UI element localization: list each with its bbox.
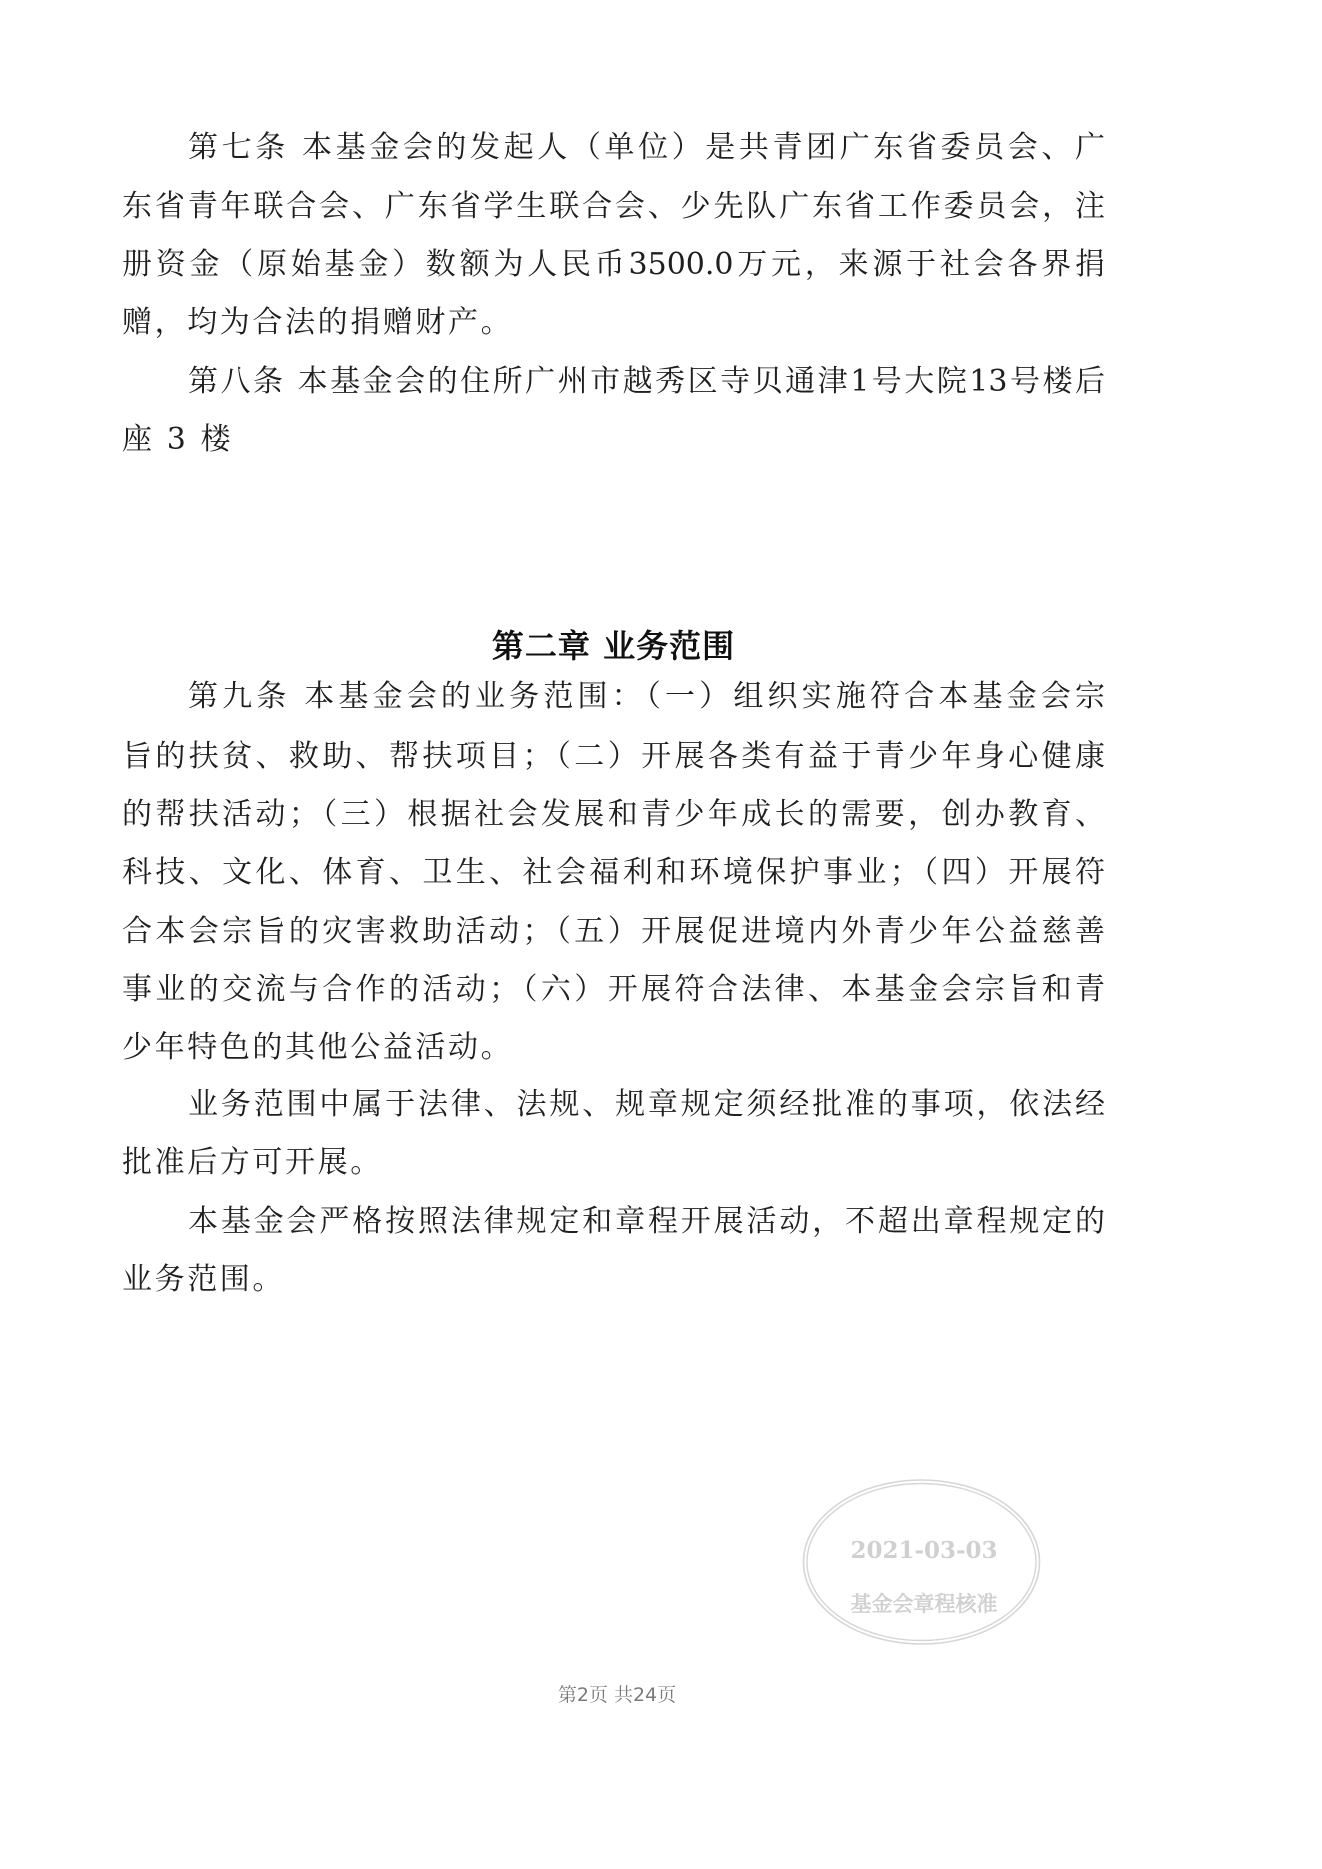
article-9-line-4: 科技、文化、体育、卫生、社会福利和环境保护事业；（四）开展符 [122,853,1105,893]
article-9-line-7: 少年特色的其他公益活动。 [122,1028,513,1068]
article-9-line-5: 合本会宗旨的灾害救助活动；（五）开展促进境内外青少年公益慈善 [122,912,1105,952]
article-9-line-1: 第九条 本基金会的业务范围：（一）组织实施符合本基金会宗 [188,677,1105,717]
article-7-line-3: 册资金（原始基金）数额为人民币3500.0万元，来源于社会各界捐 [122,245,1105,285]
approval-clause-line-1: 业务范围中属于法律、法规、规章规定须经批准的事项，依法经 [188,1085,1105,1125]
approval-stamp [801,1477,1042,1647]
article-9-line-2: 旨的扶贫、救助、帮扶项目；（二）开展各类有益于青少年身心健康 [122,737,1105,777]
article-7-line-4: 赠，均为合法的捐赠财产。 [122,303,513,343]
article-7-line-2: 东省青年联合会、广东省学生联合会、少先队广东省工作委员会，注 [122,187,1105,227]
scope-clause-line-2: 业务范围。 [122,1260,285,1300]
article-7-line-1: 第七条 本基金会的发起人（单位）是共青团广东省委员会、广 [188,128,1105,168]
approval-clause-line-2: 批准后方可开展。 [122,1143,383,1183]
scope-clause-line-1: 本基金会严格按照法律规定和章程开展活动，不超出章程规定的 [188,1202,1105,1242]
document-page: 第七条 本基金会的发起人（单位）是共青团广东省委员会、广 东省青年联合会、广东省… [0,0,1322,1869]
page-indicator: 第2页 共24页 [0,1682,1234,1708]
chapter-title: 第二章 业务范围 [0,625,1227,667]
stamp-ring-icon [801,1477,1042,1647]
article-9-line-6: 事业的交流与合作的活动；（六）开展符合法律、本基金会宗旨和青 [122,970,1105,1010]
article-8-line-1: 第八条 本基金会的住所广州市越秀区寺贝通津1号大院13号楼后 [188,362,1105,402]
article-9-line-3: 的帮扶活动；（三）根据社会发展和青少年成长的需要，创办教育、 [122,795,1105,835]
article-8-line-2: 座 3 楼 [122,420,233,460]
